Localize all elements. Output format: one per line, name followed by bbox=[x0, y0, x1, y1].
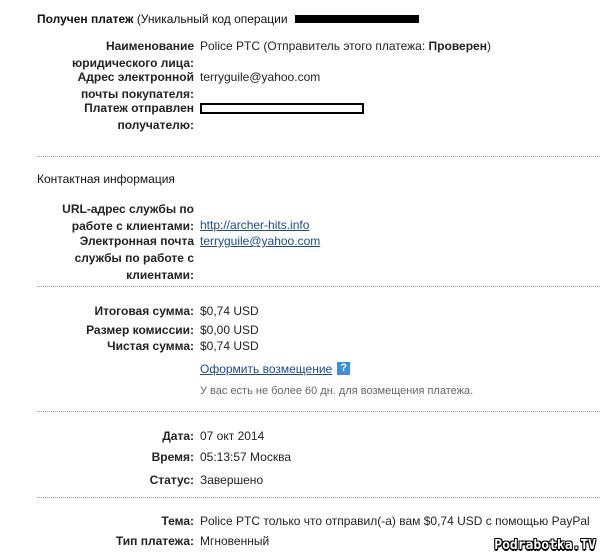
redacted-recipient-email bbox=[200, 103, 364, 114]
time-label: Время: bbox=[37, 449, 194, 466]
support-email-link[interactable]: terryguile@yahoo.com bbox=[200, 234, 320, 248]
redacted-transaction-id bbox=[295, 15, 419, 23]
watermark: Podrabotka.TV bbox=[494, 538, 596, 553]
payer-email-value: terryguile@yahoo.com bbox=[200, 69, 320, 86]
divider bbox=[37, 497, 600, 498]
payment-type-value: Мгновенный bbox=[200, 533, 269, 550]
payer-name-text: Police PTC (Отправитель этого платежа: bbox=[200, 39, 429, 53]
verified-status: Проверен bbox=[429, 39, 487, 53]
divider bbox=[37, 286, 600, 287]
total-value: $0,74 USD bbox=[200, 303, 259, 320]
support-url-label: URL-адрес службы по работе с клиентами: bbox=[37, 201, 194, 235]
payer-name-value: Police PTC (Отправитель этого платежа: П… bbox=[200, 38, 491, 55]
payment-title: Получен платеж (Уникальный код операции bbox=[37, 12, 419, 26]
payer-email-label: Адрес электронной почты покупателя: bbox=[37, 69, 194, 103]
sent-to-value bbox=[200, 100, 364, 117]
status-label: Статус: bbox=[37, 472, 194, 489]
support-email-label: Электронная почта службы по работе с кли… bbox=[37, 233, 194, 284]
fee-value: $0,00 USD bbox=[200, 322, 259, 339]
issue-refund-link[interactable]: Оформить возмещение bbox=[200, 362, 332, 376]
fee-label: Размер комиссии: bbox=[37, 322, 194, 339]
net-label: Чистая сумма: bbox=[37, 338, 194, 355]
net-value: $0,74 USD bbox=[200, 338, 259, 355]
divider bbox=[37, 156, 600, 157]
title-bold: Получен платеж bbox=[37, 12, 133, 26]
subject-value: Police PTC только что отправил(-а) вам $… bbox=[200, 513, 590, 530]
support-url-link[interactable]: http://archer-hits.info bbox=[200, 218, 309, 232]
date-value: 07 окт 2014 bbox=[200, 428, 264, 445]
title-rest: (Уникальный код операции bbox=[137, 12, 288, 26]
question-mark-icon[interactable]: ? bbox=[337, 362, 350, 375]
status-value: Завершено bbox=[200, 472, 263, 489]
payer-name-close: ) bbox=[487, 39, 491, 53]
subject-label: Тема: bbox=[37, 513, 194, 530]
sent-to-label: Платеж отправлен получателю: bbox=[37, 100, 194, 134]
contact-section-title: Контактная информация bbox=[37, 172, 175, 186]
divider bbox=[37, 411, 600, 412]
total-label: Итоговая сумма: bbox=[37, 303, 194, 320]
date-label: Дата: bbox=[37, 428, 194, 445]
time-value: 05:13:57 Москва bbox=[200, 449, 291, 466]
payment-type-label: Тип платежа: bbox=[37, 533, 194, 550]
refund-note: У вас есть не более 60 дн. для возмещени… bbox=[200, 385, 473, 397]
payer-name-label: Наименование юридического лица: bbox=[37, 38, 194, 72]
